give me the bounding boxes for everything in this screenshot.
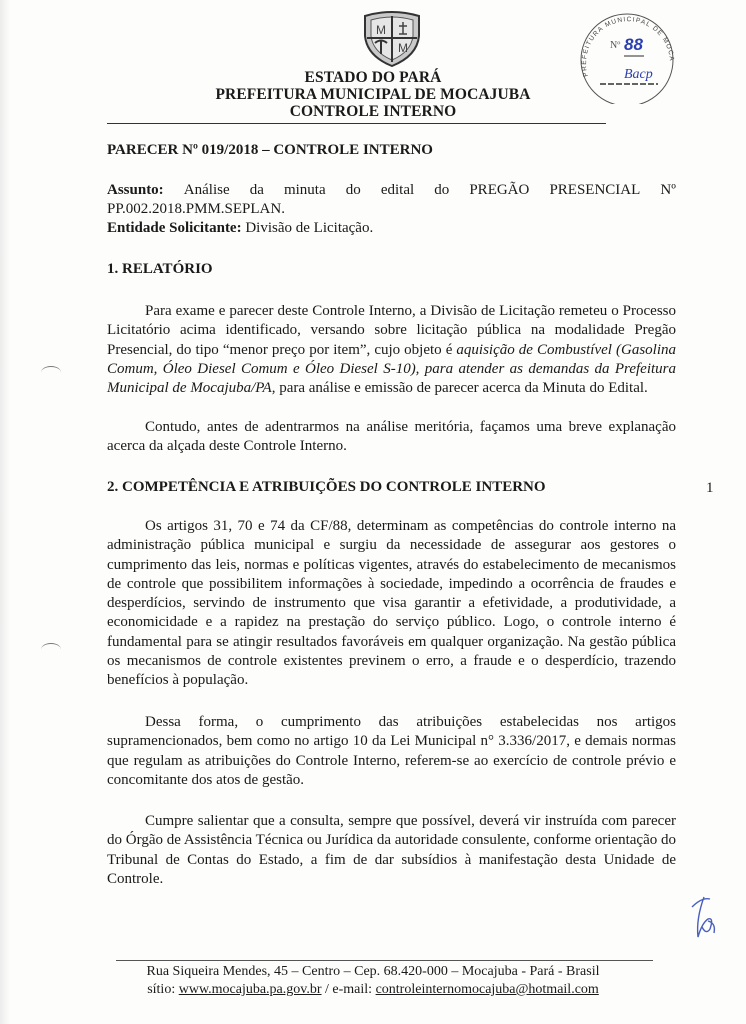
report-paragraph-1: Para exame e parecer deste Controle Inte… [107,302,676,398]
protocol-stamp: PREFEITURA MUNICIPAL DE MOCAJUBA Nº 88 B… [574,12,680,104]
header-department: CONTROLE INTERNO [0,103,746,121]
subject-process-number: PP.002.2018.PMM.SEPLAN. [107,200,676,219]
footer-contact: sítio: www.mocajuba.pa.gov.br / e-mail: … [0,982,746,998]
page-number: 1 [706,480,714,497]
footer-address: Rua Siqueira Mendes, 45 – Centro – Cep. … [0,964,746,980]
report-paragraph-2: Contudo, antes de adentrarmos na análise… [107,418,676,457]
email-link[interactable]: controleinternomocajuba@hotmail.com [376,982,599,997]
entity-value: Divisão de Licitação. [245,220,373,236]
scan-binder-shadow [0,0,10,1024]
punch-hole-mark [41,366,61,379]
website-link[interactable]: www.mocajuba.pa.gov.br [179,982,322,997]
svg-text:M: M [376,23,386,37]
document-title: PARECER Nº 019/2018 – CONTROLE INTERNO [107,142,433,159]
subject-label: Assunto: [107,181,164,200]
footer-divider [116,960,653,961]
requesting-entity: Entidade Solicitante: Divisão de Licitaç… [107,219,676,238]
stamp-number: 88 [624,35,643,54]
competence-paragraph-3: Cumpre salientar que a consulta, sempre … [107,812,676,889]
svg-text:M: M [398,41,408,55]
municipal-crest-icon: M M [361,10,423,68]
stamp-signature: Bacp [624,67,653,82]
competence-paragraph-2: Dessa forma, o cumprimento das atribuiçõ… [107,713,676,790]
stamp-number-prefix: Nº [610,40,620,51]
competence-paragraph-1: Os artigos 31, 70 e 74 da CF/88, determi… [107,517,676,691]
header-divider [107,123,606,124]
subject-block: Assunto: Análise da minuta do edital do … [107,181,676,220]
entity-label: Entidade Solicitante: [107,220,242,236]
subject-line: Assunto: Análise da minuta do edital do … [107,181,676,200]
section-report-heading: 1. RELATÓRIO [107,261,213,278]
initials-signature-icon [688,893,718,941]
section-competence-heading: 2. COMPETÊNCIA E ATRIBUIÇÕES DO CONTROLE… [107,479,546,496]
punch-hole-mark [41,643,61,656]
